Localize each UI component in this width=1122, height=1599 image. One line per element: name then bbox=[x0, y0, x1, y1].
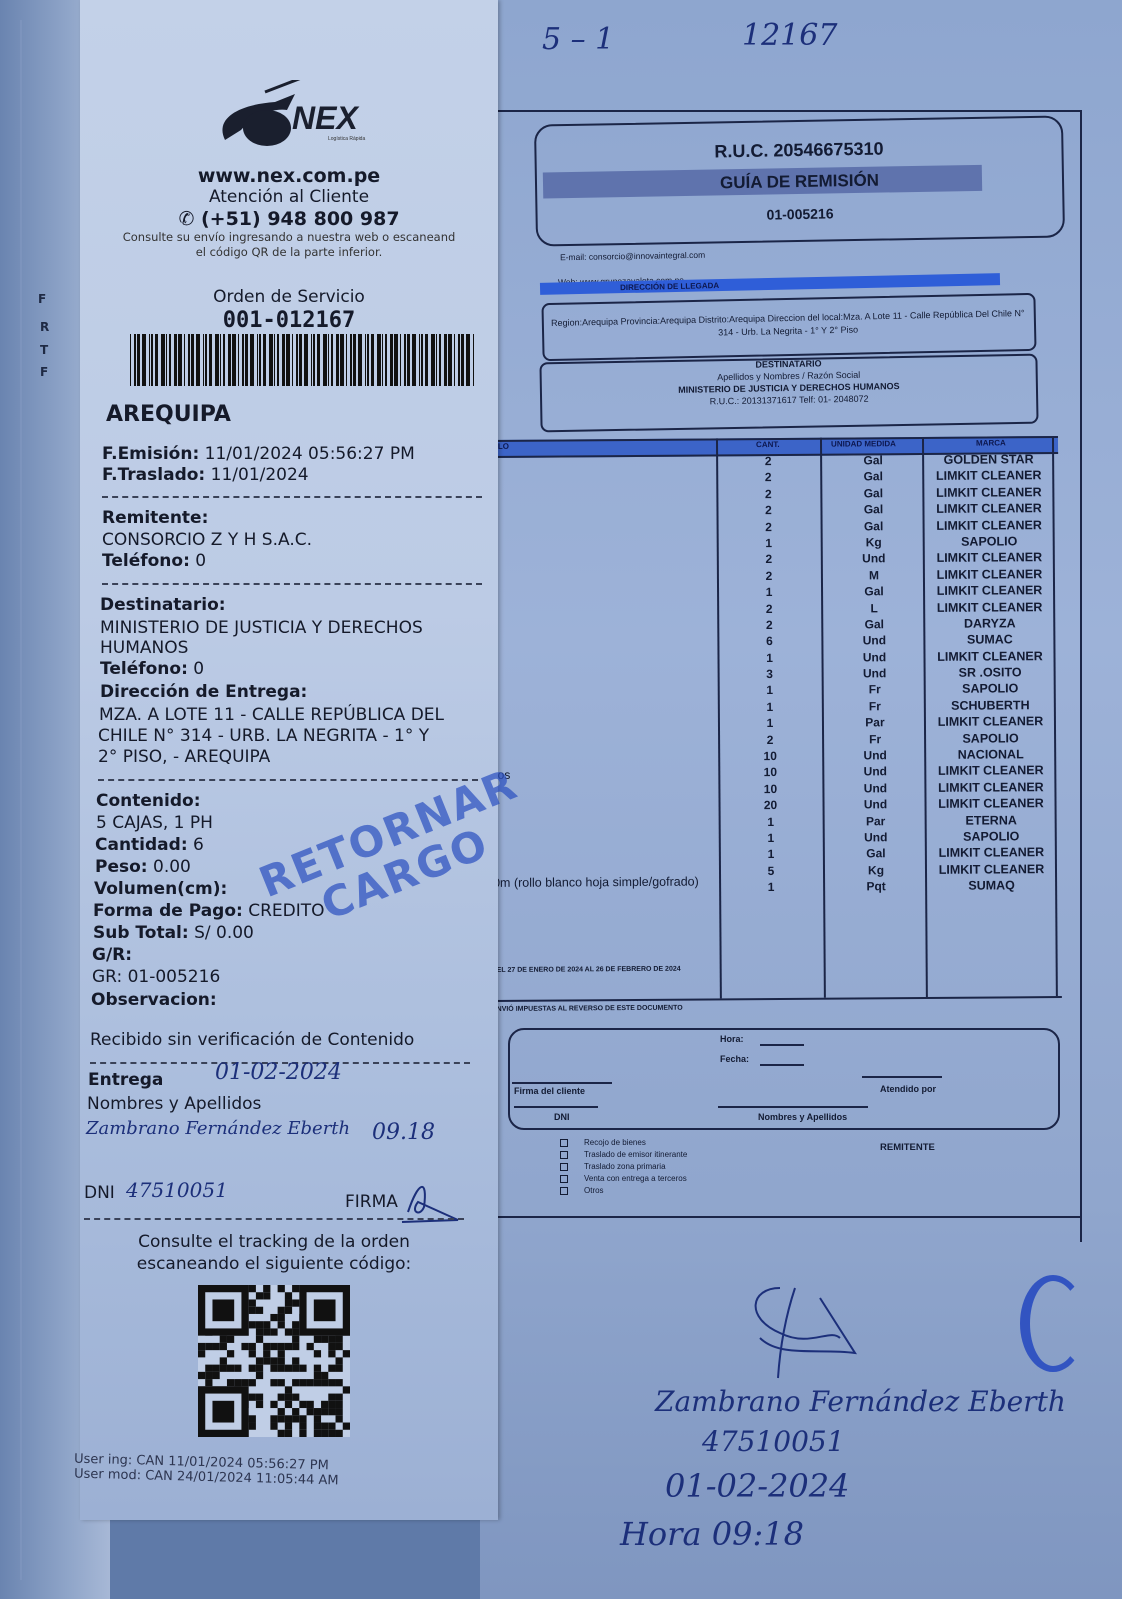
cantidad-label: Cantidad: bbox=[95, 835, 188, 855]
cant-cell: 6 bbox=[719, 634, 819, 649]
nombres-line bbox=[718, 1106, 868, 1108]
volumen-label: Volumen(cm): bbox=[94, 879, 227, 899]
order-label: Orden de Servicio bbox=[80, 287, 498, 307]
period-note: DEL 27 DE ENERO DE 2024 AL 26 DE FEBRERO… bbox=[492, 966, 681, 974]
handwritten-name: Zambrano Fernández Eberth bbox=[86, 1118, 350, 1139]
unit-cell: Gal bbox=[823, 502, 923, 517]
fecha-label: Fecha: bbox=[720, 1054, 749, 1064]
retornar-cargo-stamp: RETORNAR CARGO bbox=[253, 762, 540, 946]
unit-cell: Fr bbox=[825, 682, 925, 697]
order-number: 001-012167 bbox=[80, 308, 498, 333]
emision-label: F.Emisión: bbox=[102, 444, 199, 464]
remitente-value: CONSORCIO Z Y H S.A.C. bbox=[102, 530, 312, 550]
hora-label: Hora: bbox=[720, 1034, 744, 1044]
marca-cell: GOLDEN STAR bbox=[926, 452, 1051, 467]
marca-cell: LIMKIT CLEANER bbox=[927, 567, 1052, 582]
marca-cell: ETERNA bbox=[929, 813, 1054, 828]
cant-cell: 1 bbox=[721, 880, 821, 895]
header-unidad: UNIDAD MEDIDA bbox=[831, 439, 896, 448]
destinatario-line1: MINISTERIO DE JUSTICIA Y DERECHOS bbox=[100, 618, 423, 638]
handwritten-note-right: 12167 bbox=[742, 18, 837, 53]
tracking-line1: Consulte el tracking de la orden bbox=[50, 1232, 498, 1252]
marca-cell: SUMAQ bbox=[929, 878, 1054, 893]
brand-tagline: Logística Rápida bbox=[328, 136, 365, 142]
unit-cell: Kg bbox=[826, 863, 926, 878]
unit-cell: Gal bbox=[824, 617, 924, 632]
observacion-value: Recibido sin verificación de Contenido bbox=[90, 1030, 414, 1050]
cant-cell: 10 bbox=[720, 749, 820, 764]
marca-cell: LIMKIT CLEANER bbox=[926, 501, 1051, 516]
handwritten-time: Hora 09:18 bbox=[620, 1515, 804, 1553]
guia-de-remision-document: 5 – 1 12167 R.U.C. 20546675310 GUÍA DE R… bbox=[480, 0, 1122, 1599]
header-cant: CANT. bbox=[756, 440, 780, 449]
marca-cell: LIMKIT CLEANER bbox=[928, 714, 1053, 729]
cant-cell: 2 bbox=[718, 470, 818, 485]
nombres-label: Nombres y Apellidos bbox=[758, 1112, 847, 1122]
divider bbox=[98, 779, 478, 781]
unit-cell: Und bbox=[824, 650, 924, 665]
direccion-llegada-text: Region:Arequipa Provincia:Arequipa Distr… bbox=[548, 307, 1028, 343]
checkbox-label: Traslado de emisor itinerante bbox=[584, 1150, 687, 1159]
marca-cell: LIMKIT CLEANER bbox=[926, 468, 1051, 483]
unit-cell: Und bbox=[825, 781, 925, 796]
company-ruc: R.U.C. 20546675310 bbox=[536, 135, 1061, 165]
handwritten-dni: 47510051 bbox=[702, 1425, 845, 1458]
cant-cell: 2 bbox=[719, 601, 819, 616]
marca-cell: SR .OSITO bbox=[928, 665, 1053, 680]
direccion-llegada-box: Region:Arequipa Provincia:Arequipa Distr… bbox=[541, 293, 1036, 361]
unit-cell: Gal bbox=[823, 469, 923, 484]
gr-label: G/R: bbox=[92, 945, 132, 965]
cant-cell: 1 bbox=[719, 536, 819, 551]
partial-description: 0m (rollo blanco hoja simple/gofrado) bbox=[493, 875, 699, 890]
checkbox-icon bbox=[560, 1187, 568, 1195]
cant-cell: 1 bbox=[720, 700, 820, 715]
guia-header-box: R.U.C. 20546675310 GUÍA DE REMISIÓN 01-0… bbox=[534, 115, 1065, 246]
consult-note-line1: Consulte su envío ingresando a nuestra w… bbox=[80, 230, 498, 244]
firma-label: FIRMA bbox=[345, 1192, 398, 1212]
brand-name: NEX bbox=[292, 100, 358, 137]
unit-cell: L bbox=[824, 600, 924, 615]
checkbox-label: Otros bbox=[584, 1186, 604, 1195]
marca-cell: LIMKIT CLEANER bbox=[927, 649, 1052, 664]
qr-code-icon[interactable] bbox=[198, 1285, 350, 1437]
unit-cell: Gal bbox=[824, 519, 924, 534]
firma-line bbox=[512, 1082, 612, 1084]
cant-cell: 5 bbox=[721, 863, 821, 878]
document-number: 01-005216 bbox=[537, 201, 1062, 226]
cant-cell: 2 bbox=[720, 732, 820, 747]
cant-cell: 1 bbox=[720, 683, 820, 698]
table-bottom-line bbox=[492, 996, 1062, 1002]
checkbox-label: Traslado zona primaria bbox=[584, 1162, 666, 1171]
gr-value: GR: 01-005216 bbox=[92, 967, 220, 987]
unit-cell: Und bbox=[825, 797, 925, 812]
dni-label: DNI bbox=[554, 1112, 570, 1122]
unit-cell: Gal bbox=[823, 453, 923, 468]
divider bbox=[102, 583, 482, 585]
unit-cell: Und bbox=[825, 764, 925, 779]
subtotal-value: S/ 0.00 bbox=[194, 923, 254, 943]
checkbox-venta[interactable]: Venta con entrega a terceros bbox=[560, 1174, 687, 1183]
unit-cell: Gal bbox=[826, 846, 926, 861]
emision-value: 11/01/2024 05:56:27 PM bbox=[205, 444, 415, 464]
nex-service-receipt: NEX Logística Rápida www.nex.com.pe Aten… bbox=[80, 0, 498, 1520]
customer-service-label: Atención al Cliente bbox=[80, 187, 498, 207]
unit-cell: Und bbox=[825, 666, 925, 681]
traslado-value: 11/01/2024 bbox=[211, 465, 309, 485]
marca-cell: NACIONAL bbox=[928, 747, 1053, 762]
divider bbox=[102, 496, 482, 498]
checkbox-recojo[interactable]: Recojo de bienes bbox=[560, 1138, 646, 1147]
checkbox-label: Venta con entrega a terceros bbox=[584, 1174, 687, 1183]
hora-line bbox=[760, 1044, 804, 1046]
cant-cell: 2 bbox=[718, 486, 818, 501]
handwritten-name: Zambrano Fernández Eberth bbox=[655, 1385, 1066, 1418]
cant-cell: 2 bbox=[719, 618, 819, 633]
unit-cell: Pqt bbox=[826, 879, 926, 894]
fecha-line bbox=[760, 1064, 804, 1066]
cant-cell: 1 bbox=[721, 831, 821, 846]
side-letter: F bbox=[38, 292, 46, 306]
website-link[interactable]: www.nex.com.pe bbox=[80, 165, 498, 187]
nombres-label: Nombres y Apellidos bbox=[87, 1094, 261, 1114]
peso-label: Peso: bbox=[95, 857, 148, 877]
marca-cell: LIMKIT CLEANER bbox=[927, 550, 1052, 565]
direccion-line2: CHILE N° 314 - URB. LA NEGRITA - 1° Y bbox=[98, 726, 429, 746]
traslado-label: F.Traslado: bbox=[102, 465, 205, 485]
forma-pago-label: Forma de Pago: bbox=[93, 901, 243, 921]
cant-cell: 10 bbox=[720, 781, 820, 796]
whatsapp-icon: ✆ bbox=[178, 208, 201, 230]
destinatario-label: Destinatario: bbox=[100, 595, 226, 615]
city-name: AREQUIPA bbox=[106, 402, 231, 427]
unit-cell: Kg bbox=[824, 535, 924, 550]
handwritten-dni: 47510051 bbox=[126, 1178, 228, 1202]
marca-cell: LIMKIT CLEANER bbox=[926, 485, 1051, 500]
remitente-label: REMITENTE bbox=[880, 1142, 935, 1153]
destinatario-phone-value: 0 bbox=[193, 659, 204, 679]
marca-cell: LIMKIT CLEANER bbox=[928, 796, 1053, 811]
side-letter: T bbox=[40, 343, 48, 357]
cant-cell: 1 bbox=[719, 585, 819, 600]
marca-cell: SAPOLIO bbox=[928, 682, 1053, 697]
handwritten-note-left: 5 – 1 bbox=[542, 22, 614, 57]
cant-cell: 2 bbox=[718, 503, 818, 518]
unit-cell: Gal bbox=[824, 584, 924, 599]
entrega-label: Entrega bbox=[88, 1070, 163, 1090]
direccion-line1: MZA. A LOTE 11 - CALLE REPÚBLICA DEL bbox=[99, 705, 444, 725]
subtotal-label: Sub Total: bbox=[93, 923, 189, 943]
checkbox-icon bbox=[560, 1163, 568, 1171]
cant-cell: 2 bbox=[719, 568, 819, 583]
cant-cell: 2 bbox=[719, 519, 819, 534]
unit-cell: Par bbox=[825, 715, 925, 730]
checkbox-icon bbox=[560, 1139, 568, 1147]
barcode-icon bbox=[130, 334, 475, 386]
direccion-line3: 2° PISO, - AREQUIPA bbox=[98, 747, 270, 767]
reverse-note: ENVIÓ IMPUESTAS AL REVERSO DE ESTE DOCUM… bbox=[492, 1005, 683, 1013]
cant-cell: 1 bbox=[721, 814, 821, 829]
marca-cell: LIMKIT CLEANER bbox=[927, 583, 1052, 598]
checkbox-otros[interactable]: Otros bbox=[560, 1186, 604, 1195]
contenido-label: Contenido: bbox=[96, 791, 201, 811]
unit-cell: Und bbox=[825, 748, 925, 763]
document-bottom-rule bbox=[480, 1216, 1080, 1218]
cant-cell: 20 bbox=[720, 798, 820, 813]
signature-scribble-icon bbox=[740, 1278, 870, 1388]
unit-cell: M bbox=[824, 568, 924, 583]
handwritten-date: 01-02-2024 bbox=[665, 1467, 850, 1505]
cantidad-value: 6 bbox=[193, 835, 204, 855]
remitente-phone-value: 0 bbox=[195, 551, 206, 571]
handwritten-entrega-date: 01-02-2024 bbox=[215, 1060, 342, 1085]
cant-cell: 1 bbox=[721, 847, 821, 862]
atendido-por-label: Atendido por bbox=[880, 1084, 936, 1094]
header-marca: MARCA bbox=[976, 438, 1006, 447]
dni-label: DNI bbox=[84, 1183, 115, 1203]
phone-number: (+51) 948 800 987 bbox=[201, 208, 400, 230]
cant-cell: 1 bbox=[720, 716, 820, 731]
table-body: 2GalGOLDEN STAR2GalLIMKIT CLEANER2GalLIM… bbox=[488, 452, 1061, 899]
unit-cell: Und bbox=[824, 633, 924, 648]
unit-cell: Und bbox=[824, 551, 924, 566]
unit-cell: Fr bbox=[825, 699, 925, 714]
destinatario-line2: HUMANOS bbox=[100, 638, 188, 658]
remitente-phone-label: Teléfono: bbox=[102, 551, 190, 571]
checkbox-traslado-zona[interactable]: Traslado zona primaria bbox=[560, 1162, 666, 1171]
marca-cell: LIMKIT CLEANER bbox=[927, 518, 1052, 533]
signature-box: Hora: Fecha: Firma del cliente Atendido … bbox=[508, 1028, 1060, 1130]
checkbox-icon bbox=[560, 1175, 568, 1183]
divider bbox=[84, 1218, 464, 1220]
checkbox-icon bbox=[560, 1151, 568, 1159]
marca-cell: LIMKIT CLEANER bbox=[929, 845, 1054, 860]
unit-cell: Par bbox=[826, 814, 926, 829]
cant-cell: 1 bbox=[719, 650, 819, 665]
marca-cell: LIMKIT CLEANER bbox=[927, 600, 1052, 615]
checkbox-label: Recojo de bienes bbox=[584, 1138, 646, 1147]
marca-cell: DARYZA bbox=[927, 616, 1052, 631]
items-table: ULO CANT. UNIDAD MEDIDA MARCA 2GalGOLDEN… bbox=[488, 436, 1062, 1020]
direccion-label: Dirección de Entrega: bbox=[100, 682, 307, 702]
marca-cell: SAPOLIO bbox=[929, 829, 1054, 844]
handwritten-time: 09.18 bbox=[372, 1120, 435, 1145]
marca-cell: SUMAC bbox=[927, 632, 1052, 647]
contenido-value: 5 CAJAS, 1 PH bbox=[96, 813, 213, 833]
observacion-label: Observacion: bbox=[91, 990, 217, 1010]
unit-cell: Gal bbox=[823, 486, 923, 501]
destinatario-box: DESTINATARIO Apellidos y Nombres / Razón… bbox=[539, 354, 1038, 433]
peso-value: 0.00 bbox=[153, 857, 191, 877]
consult-note-line2: el código QR de la parte inferior. bbox=[80, 245, 498, 259]
paper-edge bbox=[20, 20, 42, 1580]
unit-cell: Und bbox=[826, 830, 926, 845]
atendido-line bbox=[862, 1076, 942, 1078]
marca-cell: SCHUBERTH bbox=[928, 698, 1053, 713]
cant-cell: 10 bbox=[720, 765, 820, 780]
unit-cell: Fr bbox=[825, 732, 925, 747]
marca-cell: LIMKIT CLEANER bbox=[928, 763, 1053, 778]
firma-cliente-label: Firma del cliente bbox=[514, 1086, 585, 1096]
direccion-llegada-label: DIRECCIÓN DE LLEGADA bbox=[620, 281, 719, 292]
checkbox-traslado-emisor[interactable]: Traslado de emisor itinerante bbox=[560, 1150, 687, 1159]
cant-cell: 2 bbox=[718, 454, 818, 469]
marca-cell: SAPOLIO bbox=[927, 534, 1052, 549]
dni-line bbox=[514, 1106, 598, 1108]
marca-cell: SAPOLIO bbox=[928, 731, 1053, 746]
cant-cell: 3 bbox=[720, 667, 820, 682]
marca-cell: LIMKIT CLEANER bbox=[928, 780, 1053, 795]
stamp-mark bbox=[1020, 1275, 1086, 1372]
marca-cell: LIMKIT CLEANER bbox=[929, 862, 1054, 877]
remitente-label: Remitente: bbox=[102, 508, 208, 528]
tracking-line2: escaneando el siguiente código: bbox=[50, 1254, 498, 1274]
cant-cell: 2 bbox=[719, 552, 819, 567]
side-letter: F bbox=[40, 365, 48, 379]
side-letter: R bbox=[40, 320, 49, 334]
destinatario-phone-label: Teléfono: bbox=[100, 659, 188, 679]
